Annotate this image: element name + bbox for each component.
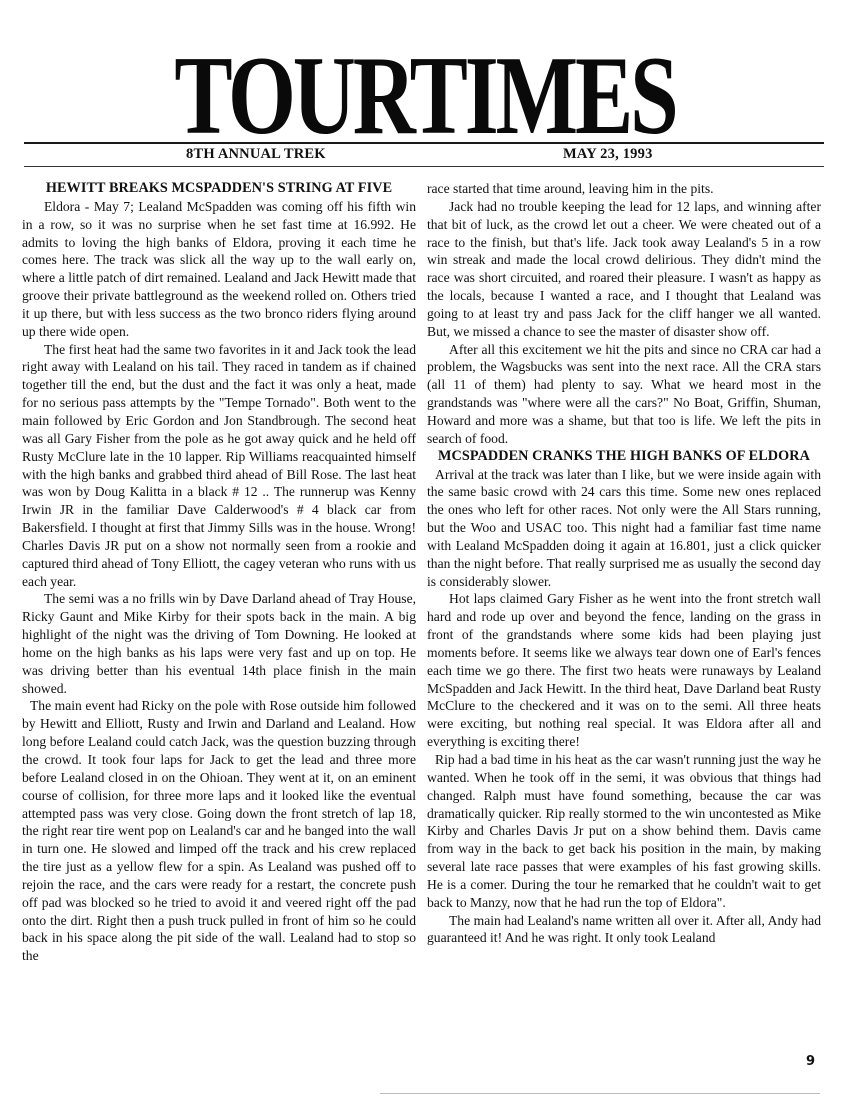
masthead-rule-bottom — [24, 166, 824, 167]
article-paragraph: After all this excitement we hit the pit… — [427, 341, 821, 448]
masthead-rule-top — [24, 142, 824, 144]
article-paragraph: Hot laps claimed Gary Fisher as he went … — [427, 590, 821, 751]
edition-label: 8TH ANNUAL TREK — [186, 146, 326, 163]
right-column: race started that time around, leaving h… — [427, 180, 821, 947]
article-paragraph: Eldora - May 7; Lealand McSpadden was co… — [22, 198, 416, 341]
article-headline-hewitt: HEWITT BREAKS MCSPADDEN'S STRING AT FIVE — [22, 180, 416, 198]
article-paragraph: The semi was a no frills win by Dave Dar… — [22, 590, 416, 697]
newsletter-masthead-title: TOURTIMES — [94, 40, 757, 152]
article-paragraph: The first heat had the same two favorite… — [22, 341, 416, 591]
issue-date: MAY 23, 1993 — [563, 146, 653, 163]
article-paragraph: The main event had Ricky on the pole wit… — [22, 697, 416, 965]
article-paragraph: The main had Lealand's name written all … — [427, 912, 821, 948]
article-headline-mcspadden: MCSPADDEN CRANKS THE HIGH BANKS OF ELDOR… — [427, 448, 821, 466]
article-paragraph: Jack had no trouble keeping the lead for… — [427, 198, 821, 341]
article-paragraph: Rip had a bad time in his heat as the ca… — [427, 751, 821, 912]
footer-rule — [380, 1093, 820, 1094]
article-paragraph: Arrival at the track was later than I li… — [427, 466, 821, 591]
left-column: HEWITT BREAKS MCSPADDEN'S STRING AT FIVE… — [22, 180, 416, 965]
page-number: 9 — [806, 1054, 815, 1069]
article-continuation: race started that time around, leaving h… — [427, 180, 821, 198]
